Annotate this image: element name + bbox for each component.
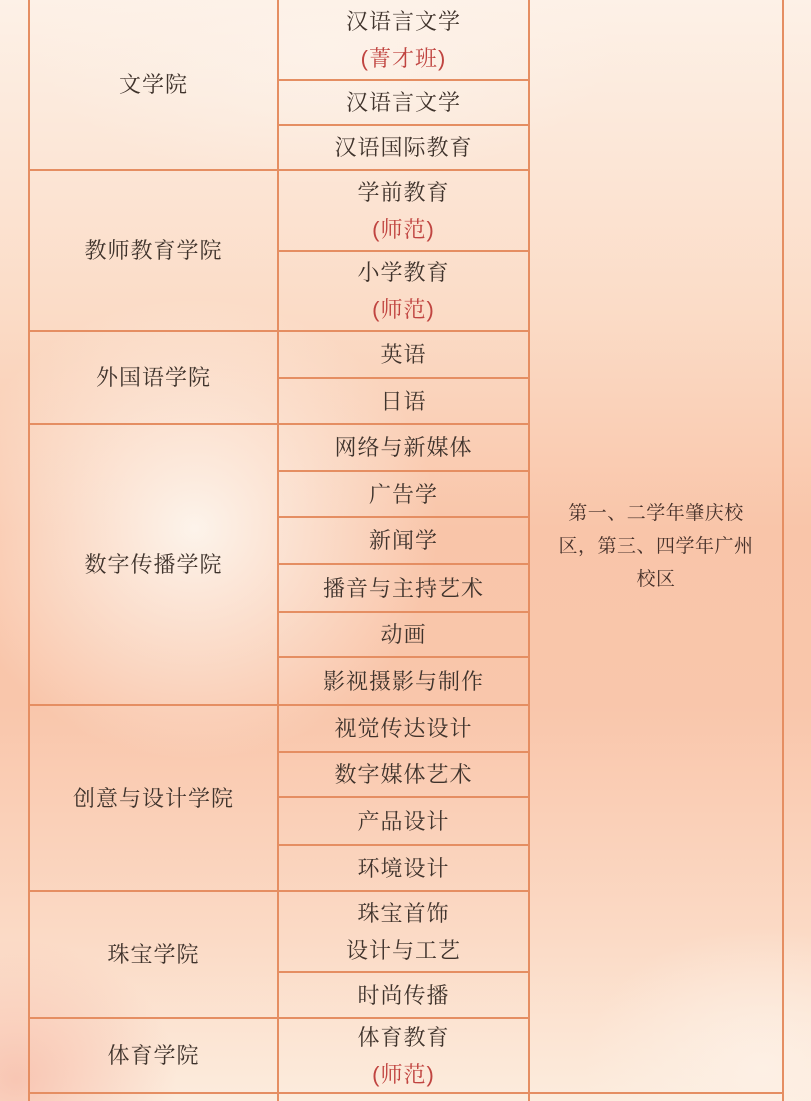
- major-cell: 日语: [279, 379, 530, 425]
- program-table: 文学院 教师教育学院 外国语学院 数字传播学院 创意与设计学院 珠宝学院 体育学…: [28, 0, 784, 1101]
- major-name: 汉语国际教育: [334, 129, 472, 166]
- major-name: 珠宝首饰: [357, 895, 449, 932]
- major-cell: 数字媒体艺术: [279, 753, 530, 798]
- major-name: 数字媒体艺术: [334, 756, 472, 793]
- major-name: 影视摄影与制作: [323, 663, 484, 700]
- college-cell: 外国语学院: [30, 332, 279, 425]
- major-cell: 汉语言文学 (菁才班): [279, 0, 530, 81]
- major-name: 学前教育: [357, 174, 449, 211]
- major-name: 产品设计: [357, 803, 449, 840]
- major-name: 英语: [380, 336, 426, 373]
- college-cell: 数字传播学院: [30, 425, 279, 706]
- major-note: (师范): [372, 291, 435, 328]
- major-cell: 珠宝首饰 设计与工艺: [279, 892, 530, 973]
- college-name: 文学院: [119, 66, 188, 103]
- major-cell: 视觉传达设计: [279, 706, 530, 753]
- major-cell: 广告学: [279, 472, 530, 518]
- major-cell: 体育教育 (师范): [279, 1019, 530, 1094]
- major-cell: 环境设计: [279, 846, 530, 892]
- partial-row-cell: [279, 1094, 530, 1101]
- major-name: 网络与新媒体: [334, 429, 472, 466]
- campus-note-line: 第一、二学年肇庆校: [568, 497, 744, 530]
- major-name: 时尚传播: [357, 977, 449, 1014]
- college-name: 体育学院: [107, 1037, 199, 1074]
- major-name: 小学教育: [357, 254, 449, 291]
- major-cell: 汉语言文学: [279, 81, 530, 126]
- major-cell: 英语: [279, 332, 530, 379]
- major-name: 环境设计: [357, 850, 449, 887]
- college-name: 外国语学院: [96, 359, 211, 396]
- college-cell: 教师教育学院: [30, 171, 279, 332]
- major-name: 新闻学: [369, 522, 438, 559]
- campus-note-line: 区，第三、四学年广州: [558, 530, 753, 563]
- college-cell: 文学院: [30, 0, 279, 171]
- major-cell: 播音与主持艺术: [279, 565, 530, 613]
- major-cell: 网络与新媒体: [279, 425, 530, 472]
- college-name: 创意与设计学院: [73, 780, 234, 817]
- college-name: 教师教育学院: [84, 232, 222, 269]
- college-cell: 体育学院: [30, 1019, 279, 1094]
- major-name: 视觉传达设计: [334, 710, 472, 747]
- major-name-line2: 设计与工艺: [346, 932, 461, 969]
- major-cell: 时尚传播: [279, 973, 530, 1019]
- major-note: (菁才班): [361, 40, 447, 77]
- major-cell: 学前教育 (师范): [279, 171, 530, 252]
- major-cell: 产品设计: [279, 798, 530, 846]
- college-cell: 创意与设计学院: [30, 706, 279, 892]
- major-cell: 汉语国际教育: [279, 126, 530, 171]
- major-cell: 动画: [279, 613, 530, 658]
- major-cell: 新闻学: [279, 518, 530, 565]
- major-name: 广告学: [369, 476, 438, 513]
- major-name: 播音与主持艺术: [323, 570, 484, 607]
- major-cell: 影视摄影与制作: [279, 658, 530, 706]
- partial-row-cell: [530, 1094, 784, 1101]
- major-name: 体育教育: [357, 1019, 449, 1056]
- college-name: 数字传播学院: [84, 546, 222, 583]
- major-name: 日语: [380, 383, 426, 420]
- major-cell: 小学教育 (师范): [279, 252, 530, 332]
- major-note: (师范): [372, 1056, 435, 1093]
- campus-note-line: 校区: [636, 563, 675, 596]
- college-cell: 珠宝学院: [30, 892, 279, 1019]
- campus-note-cell: 第一、二学年肇庆校 区，第三、四学年广州 校区: [530, 0, 784, 1094]
- major-name: 汉语言文学: [346, 3, 461, 40]
- major-name: 动画: [380, 616, 426, 653]
- partial-row-cell: [30, 1094, 279, 1101]
- major-name: 汉语言文学: [346, 84, 461, 121]
- college-name: 珠宝学院: [107, 936, 199, 973]
- major-note: (师范): [372, 211, 435, 248]
